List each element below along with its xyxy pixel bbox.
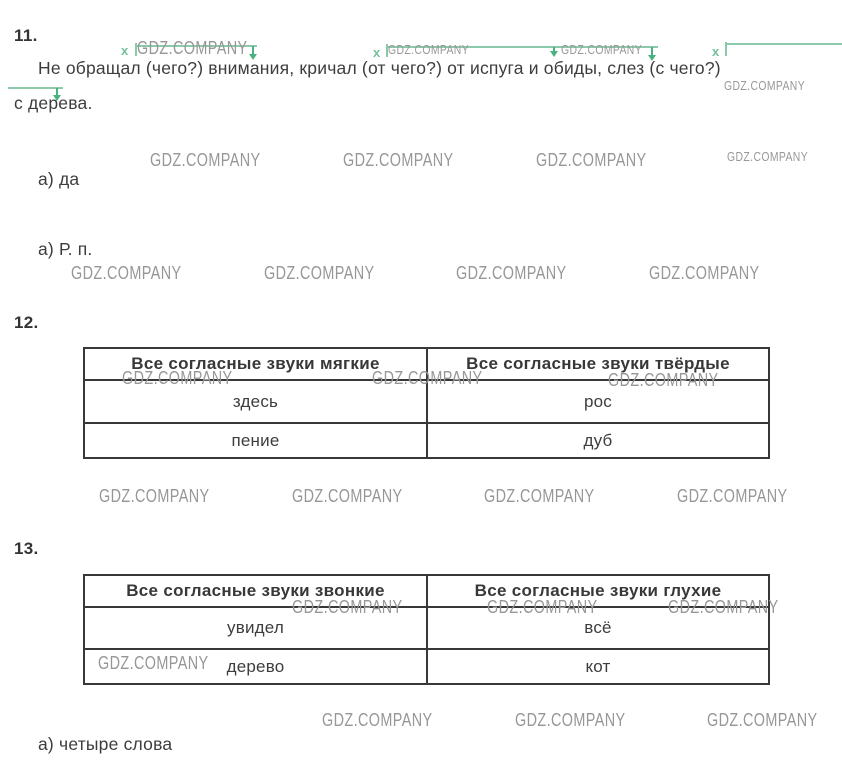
task-11-sentence-line1: Не обращал (чего?) внимания, кричал (от … [38,58,721,79]
watermark: GDZ.COMPANY [343,150,454,171]
annotation-line [726,43,842,45]
arrow-down-icon [651,47,653,55]
watermark: GDZ.COMPANY [71,263,182,284]
task-11-answer-a: а) да [38,169,79,190]
watermark: GDZ.COMPANY [264,263,375,284]
arrow-down-icon [553,47,555,51]
watermark: GDZ.COMPANY [456,263,567,284]
task-11-number: 11. [14,26,38,46]
table-cell: кот [427,649,769,684]
task-13-answer-a: а) четыре слова [38,734,172,755]
watermark: GDZ.COMPANY [668,597,779,618]
table-row: увидел всё [84,607,769,649]
watermark: GDZ.COMPANY [137,38,248,59]
task-12-table: Все согласные звуки мягкие Все согласные… [83,347,770,459]
watermark: GDZ.COMPANY [649,263,760,284]
task-13-number: 13. [14,539,39,559]
watermark: GDZ.COMPANY [122,368,233,389]
table-cell: пение [84,423,427,458]
annotation-line [8,87,63,89]
document-page: 11. x x x Не обращал (чего?) внимания, к… [0,0,842,769]
watermark: GDZ.COMPANY [388,42,469,57]
watermark: GDZ.COMPANY [608,370,719,391]
watermark: GDZ.COMPANY [292,486,403,507]
watermark: GDZ.COMPANY [372,368,483,389]
watermark: GDZ.COMPANY [536,150,647,171]
table-header-row: Все согласные звуки звонкие Все согласны… [84,575,769,607]
watermark: GDZ.COMPANY [484,486,595,507]
watermark: GDZ.COMPANY [292,597,403,618]
watermark: GDZ.COMPANY [724,78,805,93]
watermark: GDZ.COMPANY [707,710,818,731]
task-12-number: 12. [14,313,39,333]
watermark: GDZ.COMPANY [98,653,209,674]
watermark: GDZ.COMPANY [99,486,210,507]
task-11-sentence-line2: с дерева. [14,93,93,114]
watermark: GDZ.COMPANY [515,710,626,731]
watermark: GDZ.COMPANY [150,150,261,171]
watermark: GDZ.COMPANY [561,42,642,57]
table-row: пение дуб [84,423,769,458]
watermark: GDZ.COMPANY [487,597,598,618]
annotation-x-mark: x [121,44,128,57]
watermark: GDZ.COMPANY [677,486,788,507]
annotation-x-mark: x [712,45,719,58]
task-11-answer-b: а) Р. п. [38,239,92,260]
arrow-down-icon [252,46,254,54]
watermark: GDZ.COMPANY [322,710,433,731]
watermark: GDZ.COMPANY [727,149,808,164]
table-cell: дуб [427,423,769,458]
